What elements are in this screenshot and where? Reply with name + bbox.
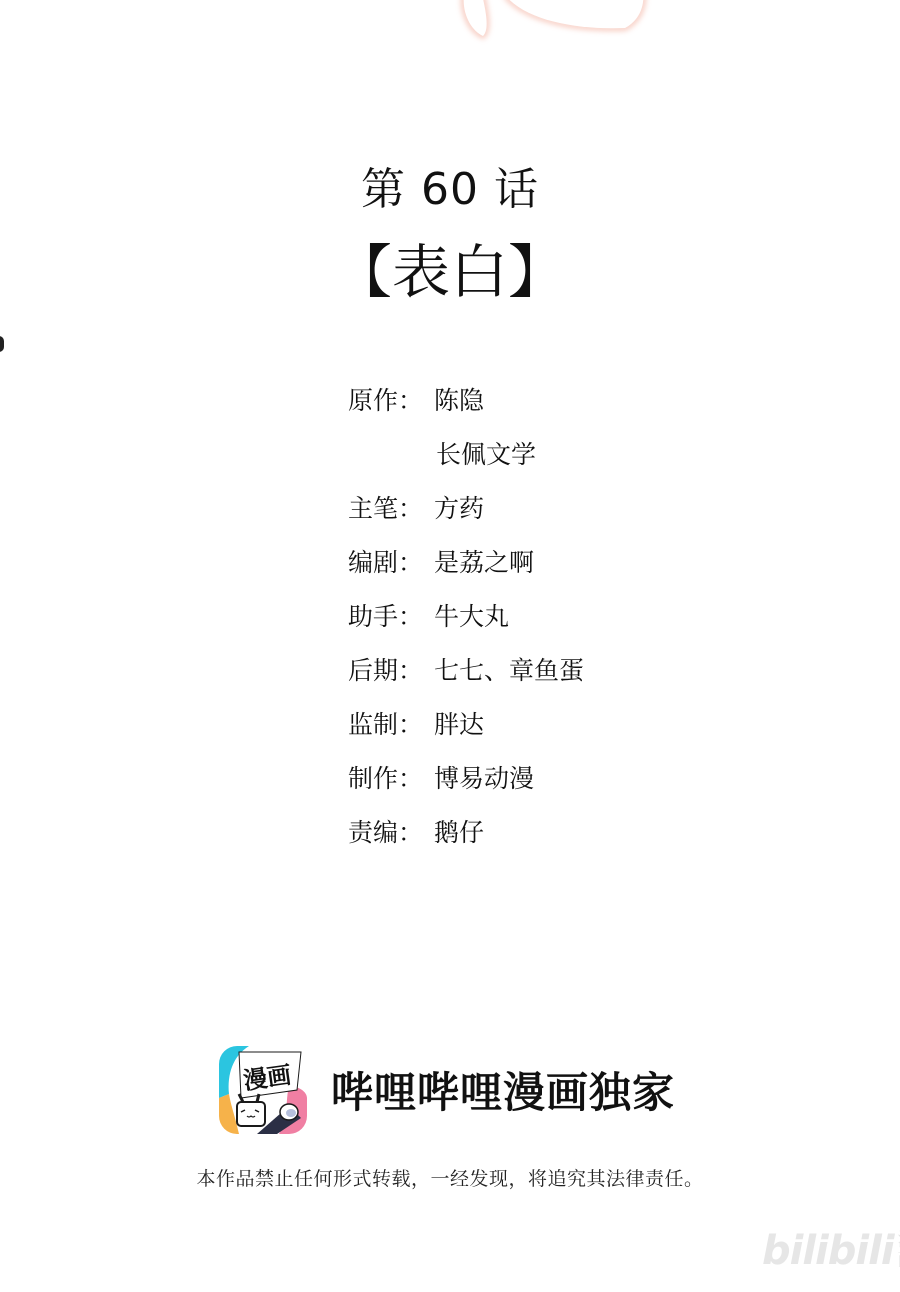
credit-value: 七七、章鱼蛋 — [434, 651, 584, 687]
app-icon-graphic: 漫画 — [219, 1046, 307, 1134]
credit-row-production: 制作： 博易动漫 — [348, 750, 584, 804]
chapter-title: 【表白】 — [0, 236, 900, 308]
credit-row-screenwriter: 编剧： 是荔之啊 — [348, 534, 584, 588]
credit-value: 胖达 — [434, 705, 484, 741]
credit-role: 原作： — [348, 381, 434, 417]
credit-row-assistant: 助手： 牛大丸 — [348, 588, 584, 642]
brand-block: 漫画 哔哩哔哩漫画独家 — [219, 1046, 675, 1134]
credits-list: 原作： 陈隐 长佩文学 主笔： 方药 编剧： 是荔之啊 助手： 牛大丸 后期： … — [348, 372, 584, 858]
credit-row-supervisor: 监制： 胖达 — [348, 696, 584, 750]
credit-row-post-production: 后期： 七七、章鱼蛋 — [348, 642, 584, 696]
credit-role: 监制： — [348, 705, 434, 741]
edge-mark — [0, 336, 4, 352]
credit-row-publisher: 长佩文学 — [348, 426, 584, 480]
bilibili-manga-watermark: bilibili 漫 画 — [762, 1228, 900, 1274]
credit-role: 制作： — [348, 759, 434, 795]
exclusive-label: 哔哩哔哩漫画独家 — [331, 1060, 675, 1120]
credit-role: 后期： — [348, 651, 434, 687]
copyright-notice: 本作品禁止任何形式转载，一经发现，将追究其法律责任。 — [0, 1164, 900, 1191]
credit-value: 陈隐 — [434, 381, 484, 417]
credit-role: 责编： — [348, 813, 434, 849]
credit-value: 方药 — [434, 489, 484, 525]
credit-value: 是荔之啊 — [434, 543, 534, 579]
credit-role: 主笔： — [348, 489, 434, 525]
credit-value: 长佩文学 — [436, 435, 536, 471]
credit-value: 鹅仔 — [434, 813, 484, 849]
bilibili-manga-app-icon: 漫画 — [219, 1046, 307, 1134]
decorative-shape — [455, 0, 655, 50]
credit-role: 助手： — [348, 597, 434, 633]
credit-row-editor: 责编： 鹅仔 — [348, 804, 584, 858]
credit-value: 牛大丸 — [434, 597, 509, 633]
chapter-number: 第 60 话 — [0, 160, 900, 220]
credit-value: 博易动漫 — [434, 759, 534, 795]
credit-row-lead-artist: 主笔： 方药 — [348, 480, 584, 534]
credit-row-original-author: 原作： 陈隐 — [348, 372, 584, 426]
credit-role: 编剧： — [348, 543, 434, 579]
bilibili-logo: bilibili — [762, 1228, 894, 1274]
